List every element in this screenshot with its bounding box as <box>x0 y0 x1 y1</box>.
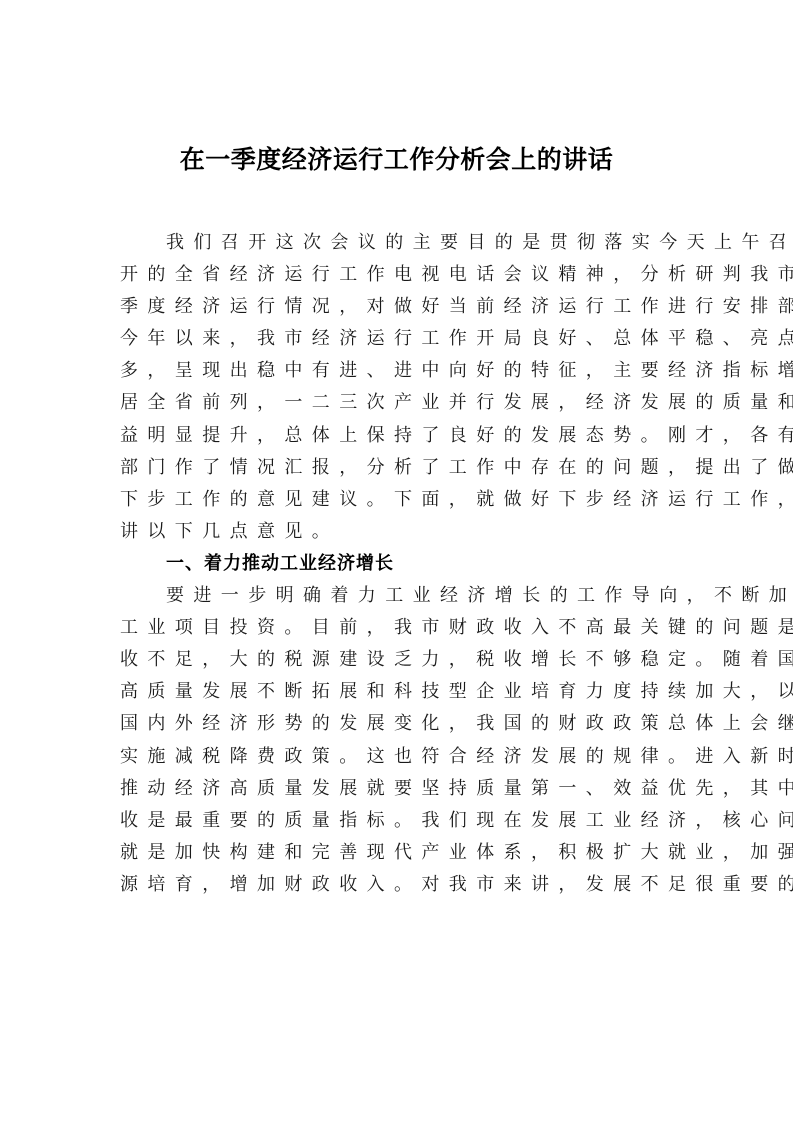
paragraph-line: 国内外经济形势的发展变化，我国的财政政策总体上会继续 <box>120 708 680 740</box>
paragraph-line: 多，呈现出稳中有进、进中向好的特征，主要经济指标增速 <box>120 355 680 387</box>
paragraph-line: 今年以来，我市经济运行工作开局良好、总体平稳、亮点较 <box>120 323 680 355</box>
section-heading: 一、着力推动工业经济增长 <box>120 548 680 580</box>
document-body: 我们召开这次会议的主要目的是贯彻落实今天上午召 开的全省经济运行工作电视电话会议… <box>120 227 680 901</box>
paragraph-line: 季度经济运行情况，对做好当前经济运行工作进行安排部署。 <box>120 291 680 323</box>
paragraph-line: 收是最重要的质量指标。我们现在发展工业经济，核心问题 <box>120 805 680 837</box>
paragraph-line: 居全省前列，一二三次产业并行发展，经济发展的质量和效 <box>120 387 680 419</box>
paragraph-line: 我们召开这次会议的主要目的是贯彻落实今天上午召 <box>120 227 680 259</box>
paragraph-line: 益明显提升，总体上保持了良好的发展态势。刚才，各有关 <box>120 420 680 452</box>
paragraph-line: 就是加快构建和完善现代产业体系，积极扩大就业，加强税 <box>120 837 680 869</box>
paragraph-line: 工业项目投资。目前，我市财政收入不高最关键的问题是税 <box>120 612 680 644</box>
paragraph-line: 收不足，大的税源建设乏力，税收增长不够稳定。随着国家 <box>120 644 680 676</box>
paragraph-line: 高质量发展不断拓展和科技型企业培育力度持续加大，以及 <box>120 676 680 708</box>
paragraph-line: 讲以下几点意见。 <box>120 516 680 548</box>
paragraph-line: 要进一步明确着力工业经济增长的工作导向，不断加大 <box>120 580 680 612</box>
paragraph-line: 下步工作的意见建议。下面，就做好下步经济运行工作，我 <box>120 484 680 516</box>
paragraph-line: 开的全省经济运行工作电视电话会议精神，分析研判我市一 <box>120 259 680 291</box>
paragraph-line: 实施减税降费政策。这也符合经济发展的规律。进入新时代， <box>120 741 680 773</box>
document-page: 在一季度经济运行工作分析会上的讲话 我们召开这次会议的主要目的是贯彻落实今天上午… <box>0 0 793 1122</box>
page-title: 在一季度经济运行工作分析会上的讲话 <box>0 140 793 180</box>
paragraph-line: 源培育，增加财政收入。对我市来讲，发展不足很重要的一 <box>120 869 680 901</box>
paragraph-line: 部门作了情况汇报，分析了工作中存在的问题，提出了做好 <box>120 452 680 484</box>
paragraph-line: 推动经济高质量发展就要坚持质量第一、效益优先，其中税 <box>120 773 680 805</box>
